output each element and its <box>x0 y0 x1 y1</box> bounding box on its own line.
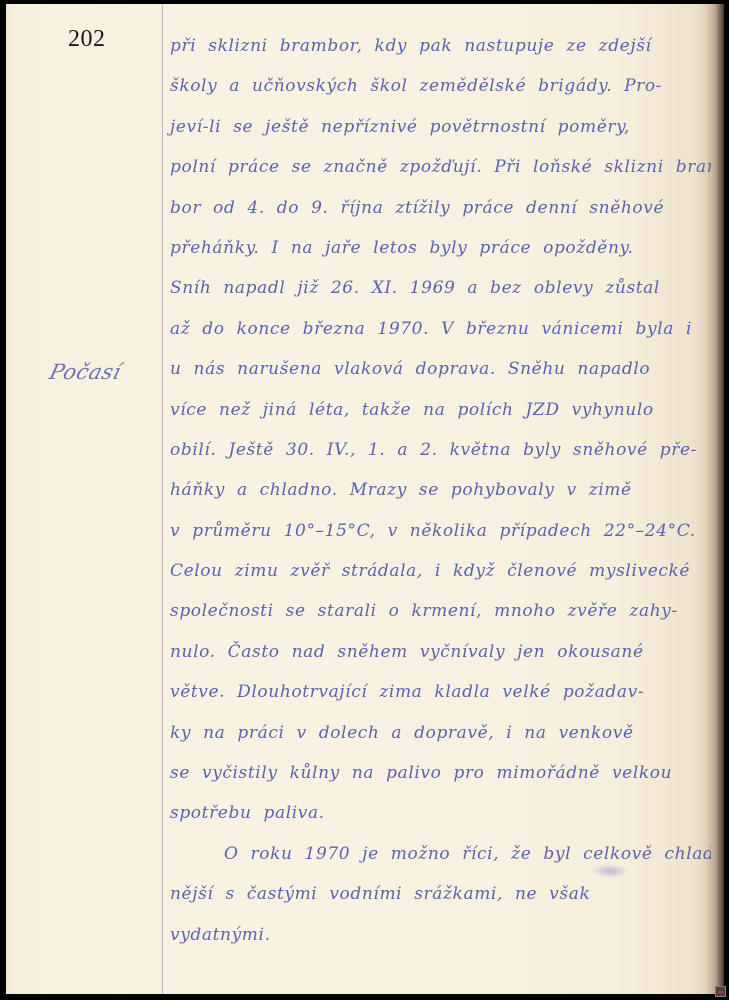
text-line: se vyčistily kůlny na palivo pro mimořád… <box>166 753 711 793</box>
text-line: více než jiná léta, takže na polích JZD … <box>166 390 711 430</box>
text-line: jeví-li se ještě nepříznivé povětrnostní… <box>166 107 711 147</box>
text-line: obilí. Ještě 30. IV., 1. a 2. května byl… <box>166 430 711 470</box>
text-line: přeháňky. I na jaře letos byly práce opo… <box>166 228 711 268</box>
text-line: školy a učňovských škol zemědělské brigá… <box>166 66 711 106</box>
text-line: Celou zimu zvěř strádala, i když členové… <box>166 551 711 591</box>
margin-rule <box>162 4 163 994</box>
text-line: větve. Dlouhotrvající zima kladla velké … <box>166 672 711 712</box>
text-line: v průměru 10°–15°C, v několika případech… <box>166 511 711 551</box>
handwritten-body: při sklizni brambor, kdy pak nastupuje z… <box>166 26 711 955</box>
text-line: ky na práci v dolech a dopravě, i na ven… <box>166 713 711 753</box>
page-number: 202 <box>68 26 106 53</box>
text-line: polní práce se značně zpožďují. Při loňs… <box>166 147 711 187</box>
scan-frame: 202 Počasí při sklizni brambor, kdy pak … <box>0 0 729 1000</box>
text-line: spotřebu paliva. <box>166 793 711 833</box>
text-line: bor od 4. do 9. října ztížily práce denn… <box>166 188 711 228</box>
text-line: vydatnými. <box>166 915 711 955</box>
minimize-icon[interactable] <box>715 986 726 997</box>
text-line: u nás narušena vlaková doprava. Sněhu na… <box>166 349 711 389</box>
text-line: nější s častými vodními srážkami, ne vša… <box>166 874 711 914</box>
text-line: háňky a chladno. Mrazy se pohybovaly v z… <box>166 470 711 510</box>
chronicle-page: 202 Počasí při sklizni brambor, kdy pak … <box>6 4 724 994</box>
text-line: až do konce března 1970. V březnu vánice… <box>166 309 711 349</box>
text-line-paragraph-start: O roku 1970 je možno říci, že byl celkov… <box>166 834 711 874</box>
ink-smudge <box>591 864 629 878</box>
text-line: při sklizni brambor, kdy pak nastupuje z… <box>166 26 711 66</box>
margin-heading-weather: Počasí <box>47 360 124 384</box>
text-line: Sníh napadl již 26. XI. 1969 a bez oblev… <box>166 268 711 308</box>
text-line: nulo. Často nad sněhem vyčnívaly jen oko… <box>166 632 711 672</box>
text-line: společnosti se starali o krmení, mnoho z… <box>166 591 711 631</box>
